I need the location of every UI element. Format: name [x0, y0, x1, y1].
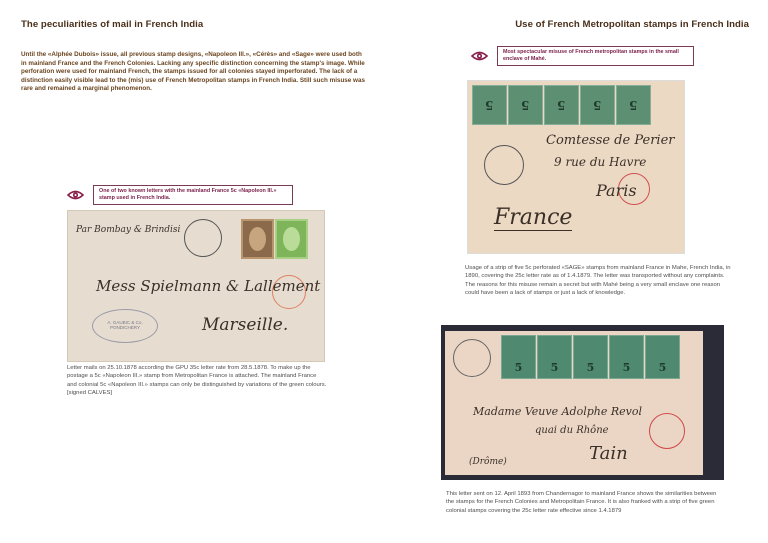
red-postmark: [649, 413, 685, 449]
caption-mahe-letter: Usage of a strip of five 5c perforated «…: [465, 264, 735, 297]
stamp: 5: [645, 335, 680, 379]
addressee: Comtesse de Perier: [546, 133, 674, 148]
callout-left: One of two known letters with the mainla…: [67, 185, 293, 205]
black-postmark: [453, 339, 491, 377]
ceres-stamp: [241, 219, 274, 259]
routing-note: Par Bombay & Brindisi: [76, 225, 180, 235]
letter-image-mahe: 55555 Comtesse de Perier 9 rue du Havre …: [467, 80, 685, 254]
stamp: 5: [508, 85, 543, 125]
stamp: 5: [501, 335, 536, 379]
callout-text: One of two known letters with the mainla…: [93, 185, 293, 205]
stamp: 5: [609, 335, 644, 379]
stamp: 5: [573, 335, 608, 379]
left-page-title: The peculiarities of mail in French Indi…: [21, 19, 203, 30]
letter-image-napoleon: Par Bombay & Brindisi Mess Spielmann & L…: [67, 210, 325, 362]
callout-right: Most spectacular misuse of French metrop…: [471, 46, 694, 66]
street: 9 rue du Havre: [554, 155, 646, 169]
country: France: [494, 205, 572, 231]
callout-text: Most spectacular misuse of French metrop…: [497, 46, 694, 66]
black-postmark: [484, 145, 524, 185]
eye-icon: [471, 51, 488, 61]
city: Marseille.: [202, 315, 288, 335]
eye-icon: [67, 190, 84, 200]
stamp: 5: [580, 85, 615, 125]
envelope: 55555 Madame Veuve Adolphe Revol quai du…: [445, 331, 703, 475]
stamp: 5: [537, 335, 572, 379]
addressee: Mess Spielmann & Lallement: [96, 277, 320, 295]
region: (Drôme): [469, 457, 507, 467]
black-postmark: [184, 219, 222, 257]
stamp: 5: [544, 85, 579, 125]
city: Paris: [596, 181, 637, 200]
caption-napoleon-letter: Letter mails on 25.10.1878 according the…: [67, 364, 327, 397]
napoleon-stamp: [275, 219, 308, 259]
intro-paragraph: Until the «Alphée Dubois» issue, all pre…: [21, 51, 366, 94]
caption-chandernagor-letter: This letter sent on 12. April 1893 from …: [446, 490, 726, 515]
city: Tain: [589, 443, 628, 464]
company-cachet: A. GAUBIC & Co. PONDICHERY: [92, 309, 158, 343]
right-page-title: Use of French Metropolitan stamps in Fre…: [515, 19, 749, 30]
letter-image-chandernagor: 55555 Madame Veuve Adolphe Revol quai du…: [441, 325, 724, 480]
street: quai du Rhône: [535, 425, 609, 436]
addressee: Madame Veuve Adolphe Revol: [473, 405, 642, 418]
stamp: 5: [472, 85, 507, 125]
stamp: 5: [616, 85, 651, 125]
